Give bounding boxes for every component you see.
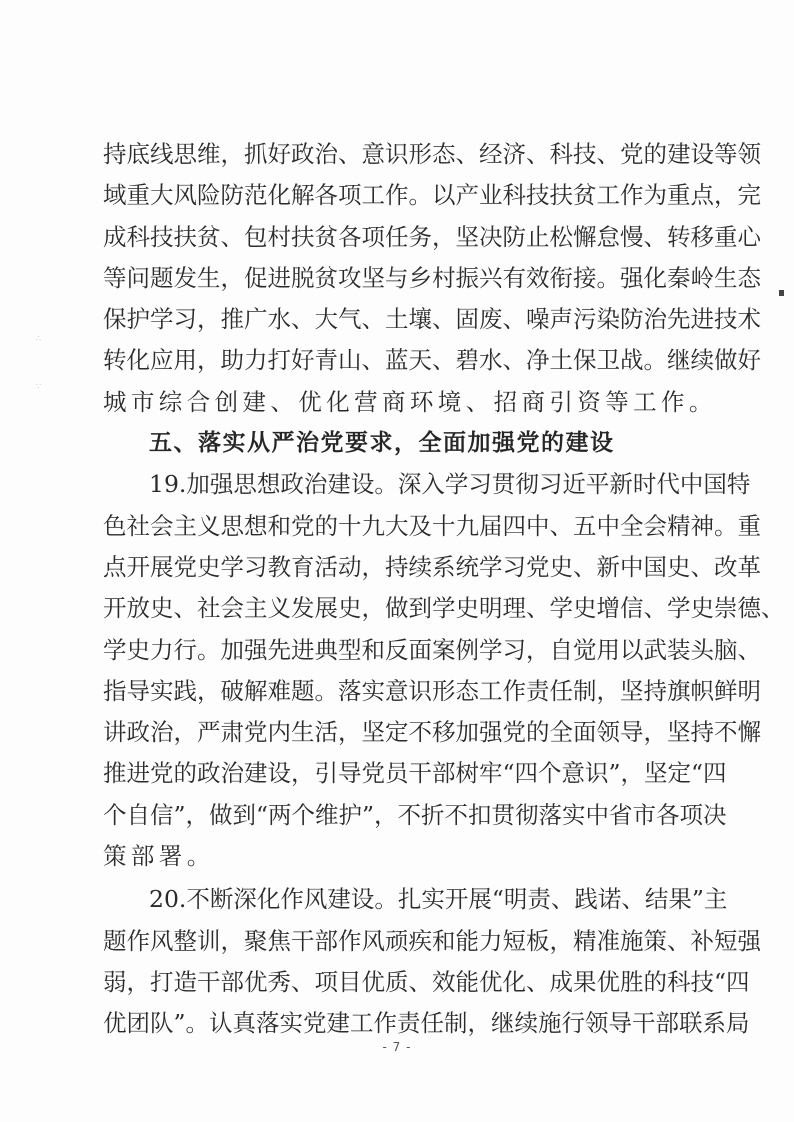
text-line: 推进党的政治建设，引导党员干部树牢“四个意识”，坚定“四 (103, 753, 695, 794)
document-page: ∴ ∵ 持底线思维，抓好政治、意识形态、经济、科技、党的建设等领 域重大风险防范… (0, 0, 794, 1122)
text-line: 19.加强思想政治建设。深入学习贯彻习近平新时代中国特 (103, 464, 695, 505)
text-line: 优团队”。认真落实党建工作责任制，继续施行领导干部联系局 (103, 1003, 695, 1044)
text-line: 策部署。 (103, 836, 695, 877)
text-line: 题作风整训，聚焦干部作风顽疾和能力短板，精准施策、补短强 (103, 921, 695, 962)
document-body: 持底线思维，抓好政治、意识形态、经济、科技、党的建设等领 域重大风险防范化解各项… (103, 134, 695, 1045)
text-line: 20.不断深化作风建设。扎实开展“明责、践诺、结果”主 (103, 879, 695, 920)
section-heading: 五、落实从严治党要求，全面加强党的建设 (103, 423, 695, 464)
text-line: 域重大风险防范化解各项工作。以产业科技扶贫工作为重点，完 (103, 175, 695, 216)
text-line: 城市综合创建、优化营商环境、招商引资等工作。 (103, 382, 695, 423)
text-line: 指导实践，破解难题。落实意识形态工作责任制，坚持旗帜鲜明 (103, 671, 695, 712)
text-line: 持底线思维，抓好政治、意识形态、经济、科技、党的建设等领 (103, 134, 695, 175)
text-line: 学史力行。加强先进典型和反面案例学习，自觉用以武装头脑、 (103, 630, 695, 671)
text-line: 点开展党史学习教育活动，持续系统学习党史、新中国史、改革 (103, 547, 695, 588)
text-line: 个自信”，做到“两个维护”，不折不扣贯彻落实中省市各项决 (103, 795, 695, 836)
scan-artifact-speck: ∵ (36, 382, 41, 391)
paragraph-item-20: 20.不断深化作风建设。扎实开展“明责、践诺、结果”主 题作风整训，聚焦干部作风… (103, 879, 695, 1044)
text-line: 转化应用，助力打好青山、蓝天、碧水、净土保卫战。继续做好 (103, 340, 695, 381)
text-line: 等问题发生，促进脱贫攻坚与乡村振兴有效衔接。强化秦岭生态 (103, 258, 695, 299)
page-number: - 7 - (0, 1040, 794, 1054)
text-line: 弱，打造干部优秀、项目优质、效能优化、成果优胜的科技“四 (103, 962, 695, 1003)
text-line: 色社会主义思想和党的十九大及十九届四中、五中全会精神。重 (103, 506, 695, 547)
text-line: 保护学习，推广水、大气、土壤、固废、噪声污染防治先进技术 (103, 299, 695, 340)
paragraph-item-19: 19.加强思想政治建设。深入学习贯彻习近平新时代中国特 色社会主义思想和党的十九… (103, 464, 695, 877)
scan-artifact-mark (779, 290, 784, 296)
text-line: 讲政治，严肃党内生活，坚定不移加强党的全面领导，坚持不懈 (103, 712, 695, 753)
paragraph-continuation: 持底线思维，抓好政治、意识形态、经济、科技、党的建设等领 域重大风险防范化解各项… (103, 134, 695, 423)
text-line: 开放史、社会主义发展史，做到学史明理、学史增信、学史崇德、 (103, 588, 695, 629)
text-line: 成科技扶贫、包村扶贫各项任务，坚决防止松懈怠慢、转移重心 (103, 217, 695, 258)
scan-artifact-speck: ∴ (36, 334, 41, 343)
